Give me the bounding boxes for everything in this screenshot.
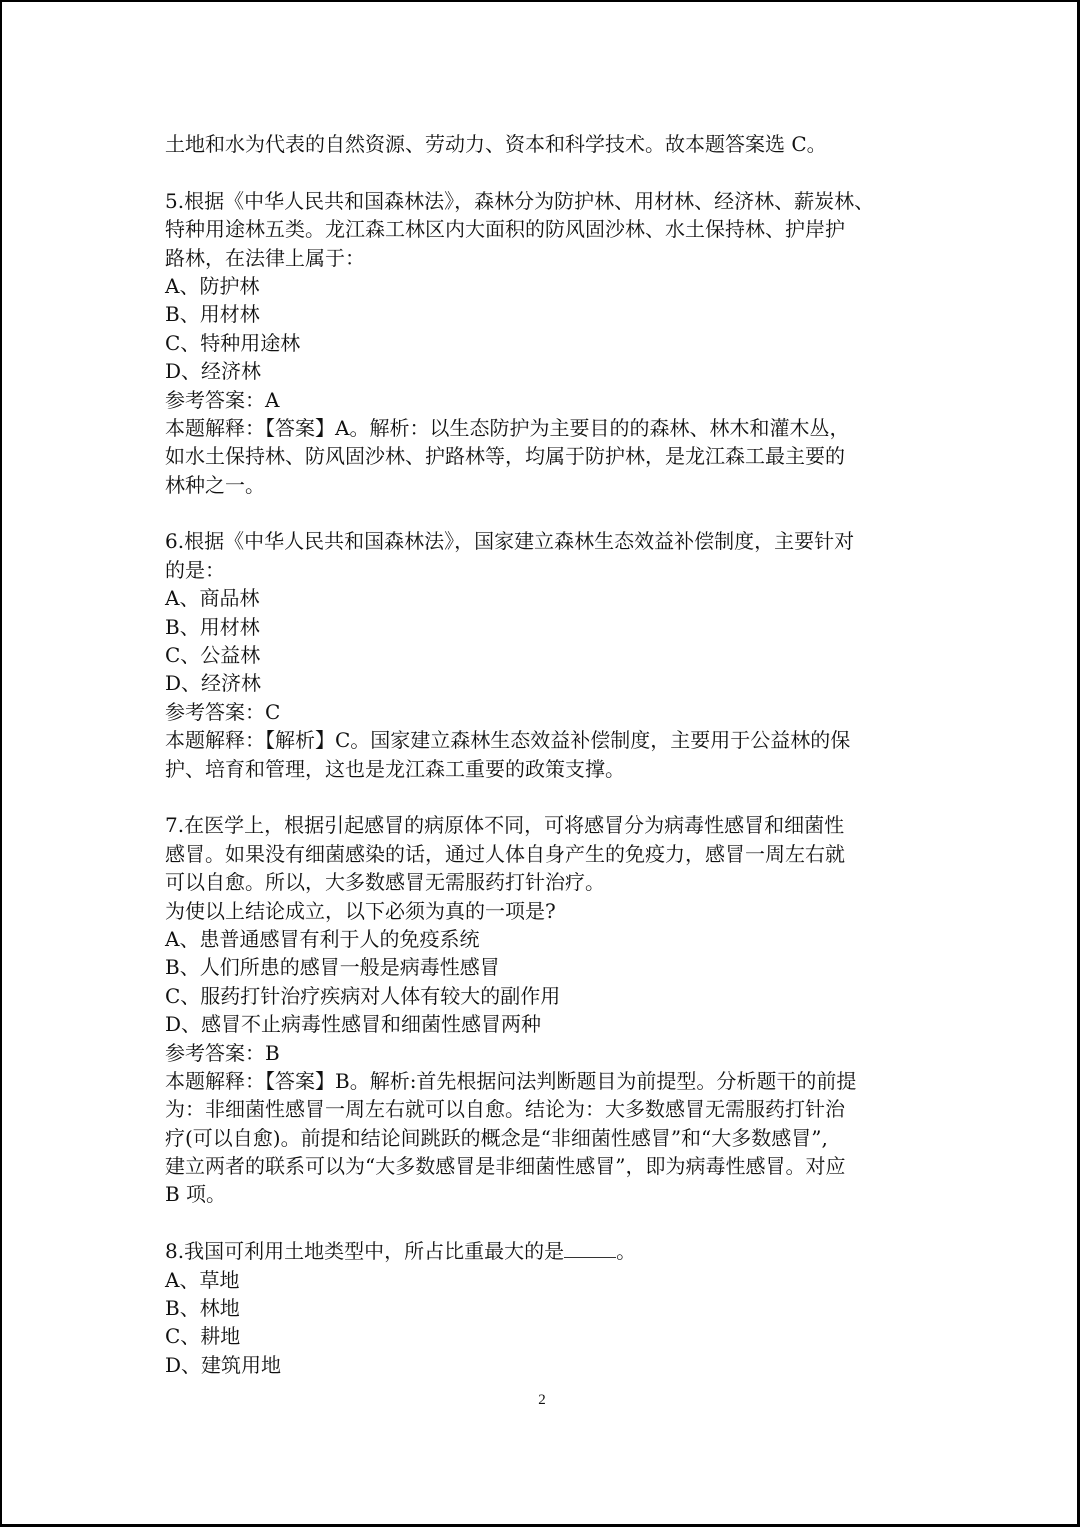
option-c: C、耕地: [165, 1322, 925, 1350]
question-stem-line: 可以自愈。所以，大多数感冒无需服药打针治疗。: [165, 868, 925, 896]
spacer: [165, 783, 925, 811]
question-stem-end: 。: [616, 1239, 636, 1263]
question-stem-line: 路林，在法律上属于：: [165, 244, 925, 272]
option-d: D、经济林: [165, 669, 925, 697]
spacer: [165, 158, 925, 186]
question-5: 5.根据《中华人民共和国森林法》，森林分为防护林、用材林、经济林、薪炭林、 特种…: [165, 187, 925, 499]
question-stem-line: 7.在医学上，根据引起感冒的病原体不同，可将感冒分为病毒性感冒和细菌性: [165, 811, 925, 839]
question-stem-line: 8.我国可利用土地类型中，所占比重最大的是。: [165, 1237, 925, 1265]
explanation-line: B 项。: [165, 1180, 925, 1208]
document-page: 土地和水为代表的自然资源、劳动力、资本和科学技术。故本题答案选 C。 5.根据《…: [0, 0, 1080, 1527]
page-number: 2: [2, 1392, 1080, 1409]
question-stem-line: 6.根据《中华人民共和国森林法》，国家建立森林生态效益补偿制度，主要针对: [165, 527, 925, 555]
page-content: 土地和水为代表的自然资源、劳动力、资本和科学技术。故本题答案选 C。 5.根据《…: [165, 130, 925, 1379]
explanation-line: 本题解释：【答案】A。解析：以生态防护为主要目的的森林、林木和灌木丛，: [165, 414, 925, 442]
option-b: B、人们所患的感冒一般是病毒性感冒: [165, 953, 925, 981]
explanation-line: 护、培育和管理，这也是龙江森工重要的政策支撑。: [165, 755, 925, 783]
spacer: [165, 1209, 925, 1237]
question-stem-text: 8.我国可利用土地类型中，所占比重最大的是: [165, 1239, 564, 1263]
question-prompt: 为使以上结论成立，以下必须为真的一项是?: [165, 897, 925, 925]
option-a: A、患普通感冒有利于人的免疫系统: [165, 925, 925, 953]
question-stem-line: 的是：: [165, 556, 925, 584]
fill-in-blank: [564, 1239, 616, 1258]
reference-answer: 参考答案：C: [165, 698, 925, 726]
explanation-line: 本题解释：【答案】B。解析:首先根据问法判断题目为前提型。分析题干的前提: [165, 1067, 925, 1095]
question-stem-line: 感冒。如果没有细菌感染的话，通过人体自身产生的免疫力，感冒一周左右就: [165, 840, 925, 868]
option-a: A、商品林: [165, 584, 925, 612]
explanation-line: 如水土保持林、防风固沙林、护路林等，均属于防护林，是龙江森工最主要的: [165, 442, 925, 470]
option-c: C、服药打针治疗疾病对人体有较大的副作用: [165, 982, 925, 1010]
reference-answer: 参考答案：A: [165, 386, 925, 414]
option-c: C、特种用途林: [165, 329, 925, 357]
explanation-line: 疗(可以自愈)。前提和结论间跳跃的概念是“非细菌性感冒”和“大多数感冒”,: [165, 1124, 925, 1152]
reference-answer: 参考答案：B: [165, 1039, 925, 1067]
option-a: A、防护林: [165, 272, 925, 300]
option-b: B、林地: [165, 1294, 925, 1322]
question-stem-line: 5.根据《中华人民共和国森林法》，森林分为防护林、用材林、经济林、薪炭林、: [165, 187, 925, 215]
explanation-line: 林种之一。: [165, 471, 925, 499]
question-stem-line: 特种用途林五类。龙江森工林区内大面积的防风固沙林、水土保持林、护岸护: [165, 215, 925, 243]
option-b: B、用材林: [165, 613, 925, 641]
option-d: D、建筑用地: [165, 1351, 925, 1379]
question-7: 7.在医学上，根据引起感冒的病原体不同，可将感冒分为病毒性感冒和细菌性 感冒。如…: [165, 811, 925, 1208]
carryover-text: 土地和水为代表的自然资源、劳动力、资本和科学技术。故本题答案选 C。: [165, 130, 925, 158]
option-c: C、公益林: [165, 641, 925, 669]
question-8: 8.我国可利用土地类型中，所占比重最大的是。 A、草地 B、林地 C、耕地 D、…: [165, 1237, 925, 1379]
question-6: 6.根据《中华人民共和国森林法》，国家建立森林生态效益补偿制度，主要针对 的是：…: [165, 527, 925, 783]
spacer: [165, 499, 925, 527]
option-d: D、感冒不止病毒性感冒和细菌性感冒两种: [165, 1010, 925, 1038]
option-d: D、经济林: [165, 357, 925, 385]
option-b: B、用材林: [165, 300, 925, 328]
explanation-line: 为：非细菌性感冒一周左右就可以自愈。结论为：大多数感冒无需服药打针治: [165, 1095, 925, 1123]
option-a: A、草地: [165, 1266, 925, 1294]
explanation-line: 建立两者的联系可以为“大多数感冒是非细菌性感冒”，即为病毒性感冒。对应: [165, 1152, 925, 1180]
explanation-line: 本题解释：【解析】C。国家建立森林生态效益补偿制度，主要用于公益林的保: [165, 726, 925, 754]
